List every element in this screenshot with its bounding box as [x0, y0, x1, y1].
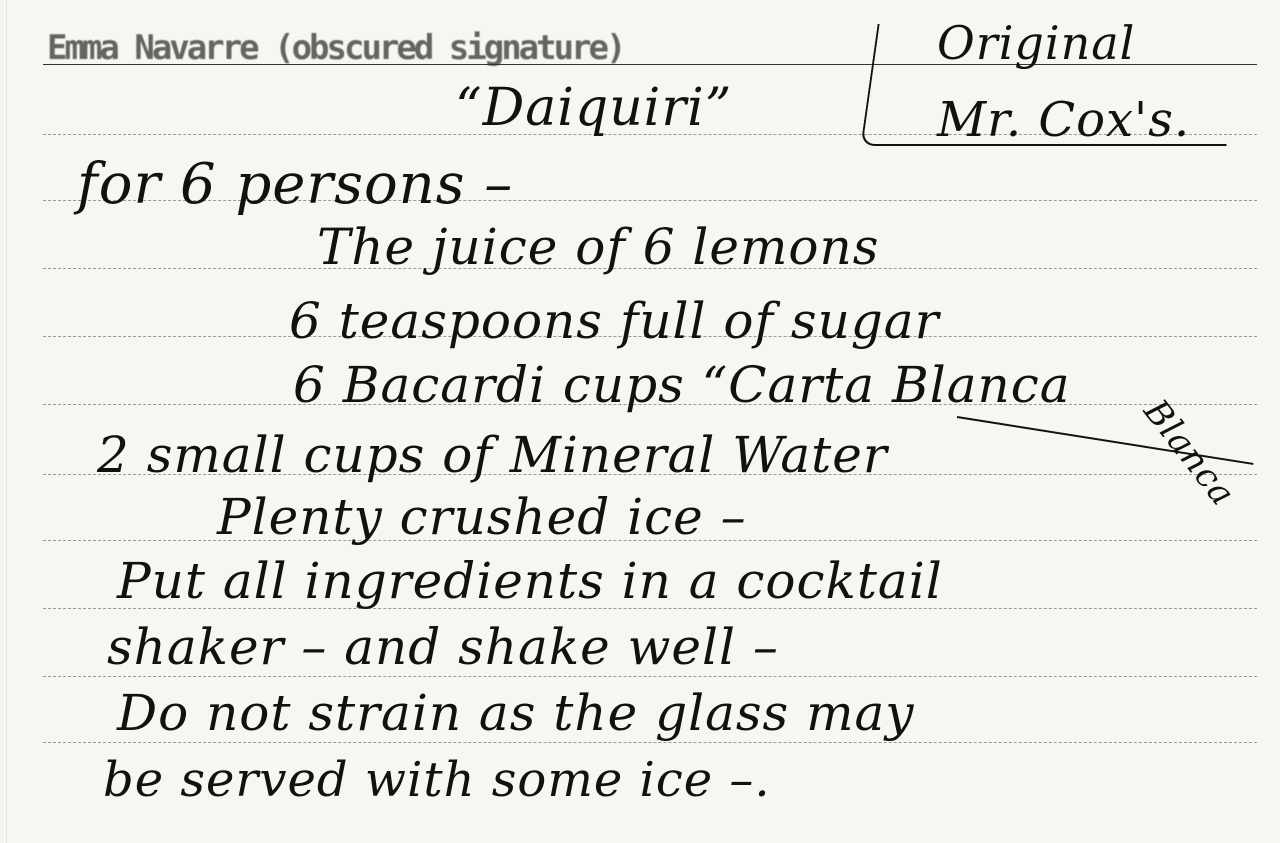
instruction-line: Do not strain as the glass may	[117, 684, 915, 742]
instruction-line: Put all ingredients in a cocktail	[117, 552, 943, 610]
servings-line: for 6 persons –	[77, 152, 513, 217]
ingredient-line: 6 teaspoons full of sugar	[289, 292, 940, 350]
ingredient-line: Plenty crushed ice –	[217, 488, 747, 546]
instruction-line: shaker – and shake well –	[107, 618, 779, 676]
ruled-line	[43, 676, 1257, 677]
recipe-card: Emma Navarre (obscured signature) “Daiqu…	[6, 0, 1280, 843]
header-scribble: Emma Navarre (obscured signature)	[47, 28, 624, 68]
ingredient-line: 6 Bacardi cups “Carta Blanca	[293, 356, 1071, 414]
attribution-line-1: Original	[937, 16, 1135, 70]
margin-note: Blanca	[1135, 392, 1242, 514]
ingredient-line: 2 small cups of Mineral Water	[97, 426, 888, 484]
ruled-line	[43, 742, 1257, 743]
recipe-title: “Daiquiri”	[455, 78, 732, 138]
instruction-line: be served with some ice –.	[103, 752, 771, 808]
ingredient-line: The juice of 6 lemons	[317, 218, 879, 276]
attribution-line-2: Mr. Cox's.	[937, 92, 1190, 148]
